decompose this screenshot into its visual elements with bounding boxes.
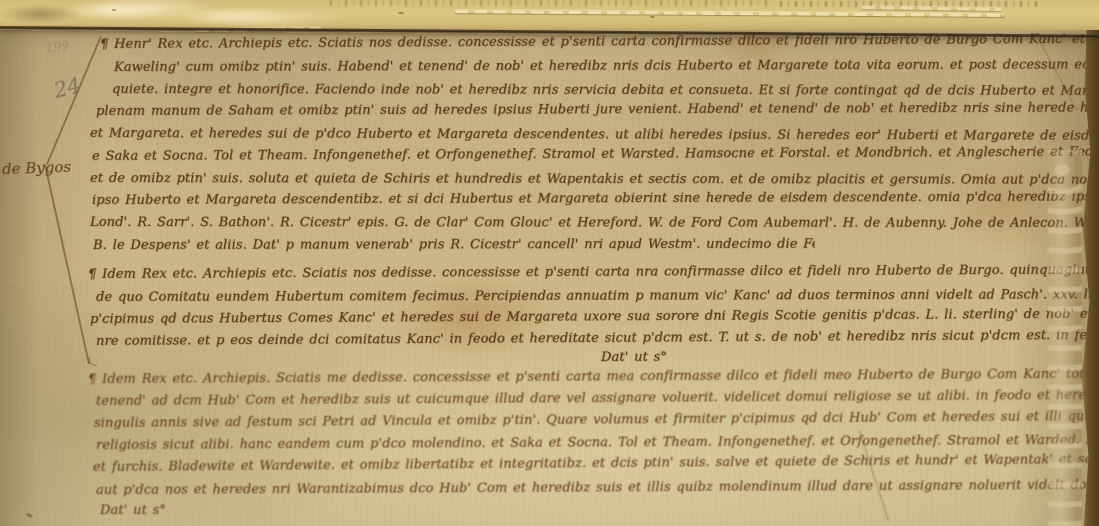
charter-roll-membrane-photo: ¶ Henr' Rex etc. Archiepis etc. Sciatis … <box>0 0 1099 526</box>
text-line-dating-clause: Dat' ut s°. <box>601 349 667 369</box>
text-line: Kaweling' cum omibz ptin' suis. Habend' … <box>114 56 1095 79</box>
ink-fleck <box>398 12 404 14</box>
text-line: plenam manum de Saham et omibz ptin' sui… <box>96 100 1095 123</box>
text-line: ipso Huberto et Margareta descendentibz.… <box>92 188 1095 212</box>
right-fold-crease <box>1048 150 1082 526</box>
flaked-surface-patch <box>55 0 345 26</box>
ink-fleck <box>650 16 655 18</box>
margin-gloss: de Bygos <box>2 158 72 178</box>
bracket-line-upper <box>46 36 102 165</box>
pencil-number-faint: 199 <box>45 39 69 55</box>
ink-fleck <box>26 513 34 519</box>
text-line: B. le Despens' et aliis. Dat' p manum ve… <box>93 236 815 257</box>
bracket-line-lower <box>44 164 90 365</box>
text-line-dating-clause: Dat' ut s°. <box>100 502 166 522</box>
text-line: aut p'dca nos et heredes nri Warantizabi… <box>96 477 1096 502</box>
text-line: ¶ Idem Rex etc. Archiepis etc. Sciatis n… <box>88 262 1095 286</box>
bracket-hook <box>87 357 99 367</box>
text-line: Lond'. R. Sarr'. S. Bathon'. R. Cicestr'… <box>90 214 1095 235</box>
text-line: nre comitisse. et p eos deinde dci comit… <box>96 327 1095 353</box>
text-line: e Saka et Socna. Tol et Theam. Infongene… <box>92 144 1095 168</box>
cropped-text-remnant <box>330 0 770 6</box>
ink-fleck <box>112 9 116 11</box>
